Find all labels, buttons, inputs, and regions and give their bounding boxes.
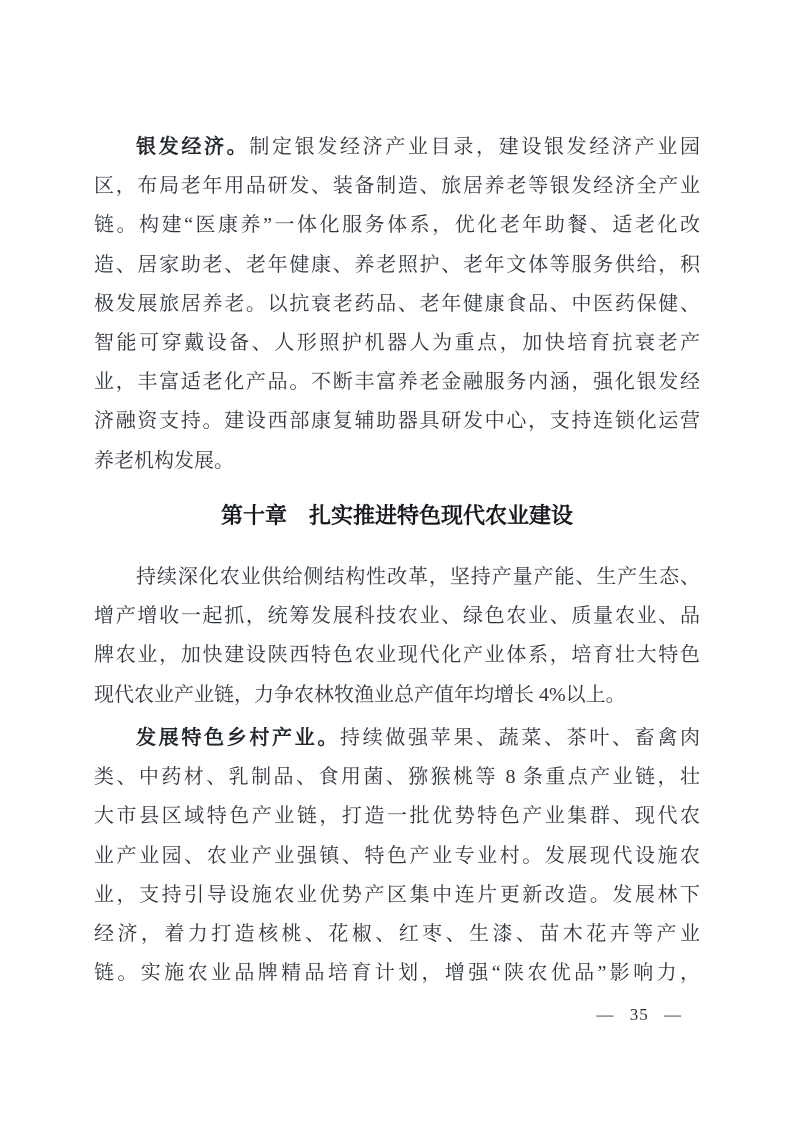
text-run: 制定银发经济产业目录，建设银发经济产业园 (249, 136, 700, 158)
text-line: 增产增收一起抓，统筹发展科技农业、绿色农业、质量农业、品 (94, 597, 700, 636)
text-line: 银发经济。制定银发经济产业目录，建设银发经济产业园 (94, 128, 700, 167)
text-line: 区，布局老年用品研发、装备制造、旅居养老等银发经济全产业 (94, 167, 700, 206)
text-line: 链。构建“医康养”一体化服务体系，优化老年助餐、适老化改 (94, 206, 700, 245)
text-line: 济融资支持。建设西部康复辅助器具研发中心，支持连锁化运营 (94, 402, 700, 441)
chapter-heading: 第十章 扎实推进特色现代农业建设 (94, 500, 700, 532)
paragraph-rural-industry: 发展特色乡村产业。持续做强苹果、蔬菜、茶叶、畜禽肉 类、中药材、乳制品、食用菌、… (94, 719, 700, 993)
lead-in-bold: 银发经济。 (136, 136, 249, 158)
text-line: 经济，着力打造核桃、花椒、红枣、生漆、苗木花卉等产业 (94, 915, 700, 954)
document-page: 银发经济。制定银发经济产业目录，建设银发经济产业园 区，布局老年用品研发、装备制… (0, 0, 794, 1123)
text-line: 现代农业产业链，力争农林牧渔业总产值年均增长 4%以上。 (94, 676, 700, 715)
text-line: 类、中药材、乳制品、食用菌、猕猴桃等 8 条重点产业链，壮 (94, 758, 700, 797)
page-number: — 35 — (597, 1003, 683, 1027)
text-line: 智能可穿戴设备、人形照护机器人为重点，加快培育抗衰老产 (94, 324, 700, 363)
text-line: 牌农业，加快建设陕西特色农业现代化产业体系，培育壮大特色 (94, 636, 700, 675)
text-line: 持续深化农业供给侧结构性改革，坚持产量产能、生产生态、 (94, 558, 700, 597)
text-run: 持续做强苹果、蔬菜、茶叶、畜禽肉 (340, 727, 700, 749)
paragraph-agriculture-intro: 持续深化农业供给侧结构性改革，坚持产量产能、生产生态、 增产增收一起抓，统筹发展… (94, 558, 700, 715)
text-line: 养老机构发展。 (94, 442, 700, 481)
text-line: 链。实施农业品牌精品培育计划，增强“陕农优品”影响力， (94, 954, 700, 993)
text-line: 造、居家助老、老年健康、养老照护、老年文体等服务供给，积 (94, 246, 700, 285)
text-line: 业，丰富适老化产品。不断丰富养老金融服务内涵，强化银发经 (94, 363, 700, 402)
text-line: 业产业园、农业产业强镇、特色产业专业村。发展现代设施农 (94, 837, 700, 876)
text-line: 极发展旅居养老。以抗衰老药品、老年健康食品、中医药保健、 (94, 285, 700, 324)
text-line: 大市县区域特色产业链，打造一批优势特色产业集群、现代农 (94, 797, 700, 836)
lead-in-bold: 发展特色乡村产业。 (136, 727, 340, 749)
text-line: 发展特色乡村产业。持续做强苹果、蔬菜、茶叶、畜禽肉 (94, 719, 700, 758)
paragraph-silver-economy: 银发经济。制定银发经济产业目录，建设银发经济产业园 区，布局老年用品研发、装备制… (94, 128, 700, 481)
text-line: 业，支持引导设施农业优势产区集中连片更新改造。发展林下 (94, 876, 700, 915)
